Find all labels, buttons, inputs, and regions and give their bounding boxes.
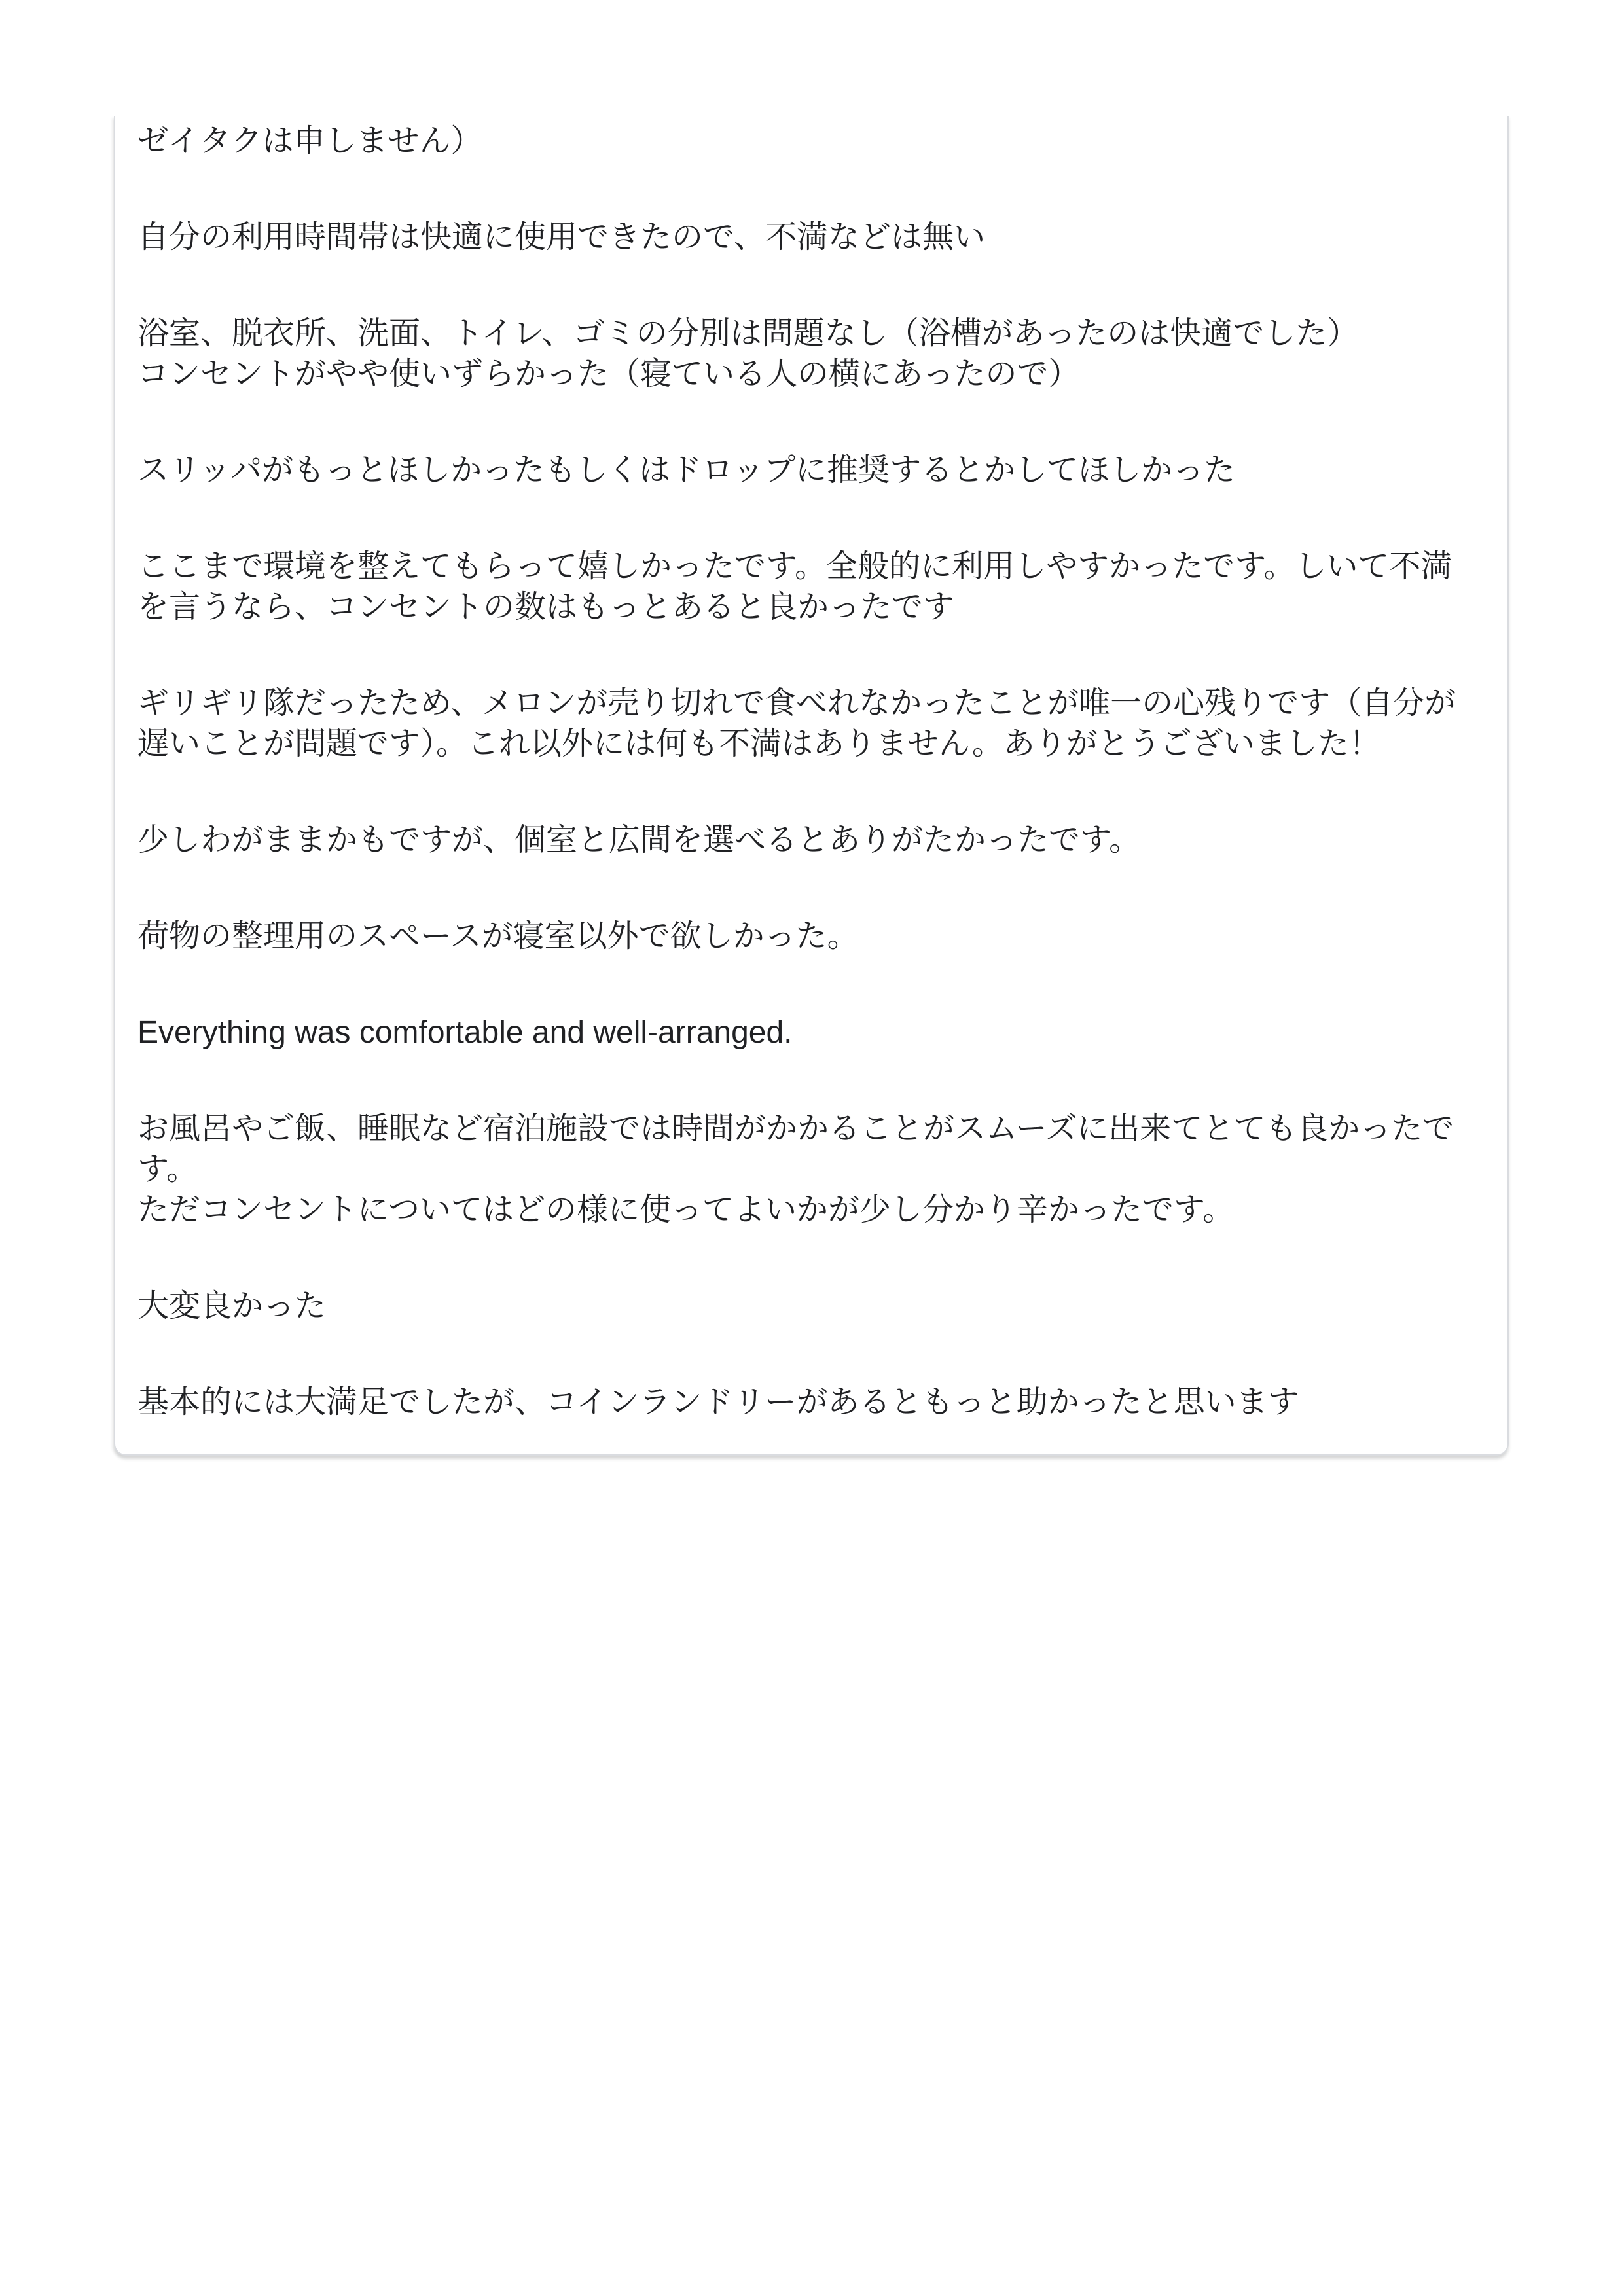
response-item: スリッパがもっとほしかったもしくはドロップに推奨するとかしてほしかった: [137, 450, 1475, 491]
responses-list: ゼイタクは申しません）自分の利用時間帯は快適に使用できたので、不満などは無い浴室…: [137, 121, 1475, 1423]
response-item: ここまで環境を整えてもらって嬉しかったです。全般的に利用しやすかったです。しいて…: [137, 547, 1475, 628]
response-item: 浴室、脱衣所、洗面、トイレ、ゴミの分別は問題なし（浴槽があったのは快適でした） …: [137, 314, 1475, 395]
response-item: 荷物の整理用のスペースが寝室以外で欲しかった。: [137, 916, 1475, 957]
response-item: 少しわがままかもですが、個室と広間を選べるとありがたかったです。: [137, 820, 1475, 861]
response-item: 大変良かった: [137, 1286, 1475, 1327]
response-item: ゼイタクは申しません）: [137, 121, 1475, 162]
response-item: 自分の利用時間帯は快適に使用できたので、不満などは無い: [137, 217, 1475, 258]
response-item: お風呂やご飯、睡眠など宿泊施設では時間がかかることがスムーズに出来てとても良かっ…: [137, 1109, 1475, 1230]
response-item: Everything was comfortable and well-arra…: [137, 1013, 1475, 1053]
response-item: 基本的には大満足でしたが、コインランドリーがあるともっと助かったと思います: [137, 1382, 1475, 1423]
printed-page: ゼイタクは申しません）自分の利用時間帯は快適に使用できたので、不満などは無い浴室…: [0, 0, 1624, 2296]
responses-card: ゼイタクは申しません）自分の利用時間帯は快適に使用できたので、不満などは無い浴室…: [114, 116, 1509, 1456]
response-item: ギリギリ隊だったため、メロンが売り切れで食べれなかったことが唯一の心残りです（自…: [137, 683, 1475, 764]
